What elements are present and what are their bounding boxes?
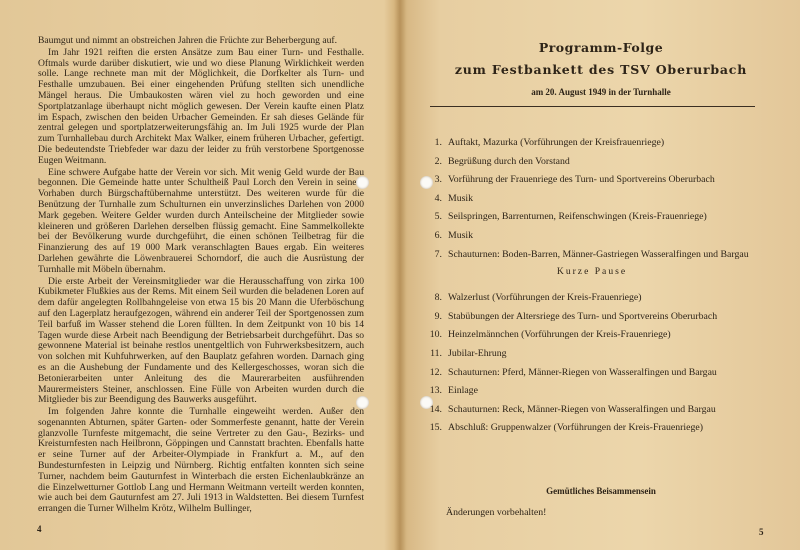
right-page: Programm-Folge zum Festbankett des TSV O… [402,0,800,550]
list-item: 11.Jubilar-Ehrung [422,347,762,361]
list-item: 2.Begrüßung durch den Vorstand [422,155,762,169]
left-page: Baumgut und nimmt an obstreichen Jahren … [0,0,400,550]
date-line: am 20. August 1949 in der Turnhalle [402,87,800,97]
page-number-right: 5 [759,527,764,537]
list-item: 5.Seilspringen, Barrenturnen, Reifenschw… [422,210,762,224]
list-item: 6.Musik [422,229,762,243]
changes-note: Änderungen vorbehalten! [446,507,546,518]
program-title: Programm-Folge [402,40,800,55]
closing-line: Gemütliches Beisammensein [402,486,800,496]
program-subtitle: zum Festbankett des TSV Oberurbach [402,62,800,77]
booklet-spread: Baumgut und nimmt an obstreichen Jahren … [0,0,800,550]
list-item: 1.Auftakt, Mazurka (Vorführungen der Kre… [422,136,762,150]
list-item: 8.Walzerlust (Vorführungen der Kreis-Fra… [422,291,762,305]
list-item: 12.Schauturnen: Pferd, Männer-Riegen von… [422,366,762,380]
page-number-left: 4 [37,524,42,534]
list-item: 13.Einlage [422,384,762,398]
list-item: 10.Heinzelmännchen (Vorführungen der Kre… [422,328,762,342]
paragraph: Im folgenden Jahre konnte die Turnhalle … [38,407,364,515]
list-item: 9.Stabübungen der Altersriege des Turn- … [422,310,762,324]
list-item: 7.Schauturnen: Boden-Barren, Männer-Gast… [422,248,762,262]
list-item: 3.Vorführung der Frauenriege des Turn- u… [422,173,762,187]
paragraph: Im Jahr 1921 reiften die ersten Ansätze … [38,48,364,167]
pause-heading: Kurze Pause [422,266,762,277]
paragraph: Die erste Arbeit der Vereinsmitglieder w… [38,277,364,407]
paragraph: Baumgut und nimmt an obstreichen Jahren … [38,36,364,47]
list-item: 15.Abschluß: Gruppenwalzer (Vorführungen… [422,421,762,435]
list-item: 14.Schauturnen: Reck, Männer-Riegen von … [422,403,762,417]
paragraph: Eine schwere Aufgabe hatte der Verein vo… [38,168,364,276]
history-text: Baumgut und nimmt an obstreichen Jahren … [38,36,364,516]
punch-hole [356,396,369,409]
program-list: 1.Auftakt, Mazurka (Vorführungen der Kre… [422,136,762,440]
list-item: 4.Musik [422,192,762,206]
punch-hole [356,176,369,189]
divider [430,106,755,107]
